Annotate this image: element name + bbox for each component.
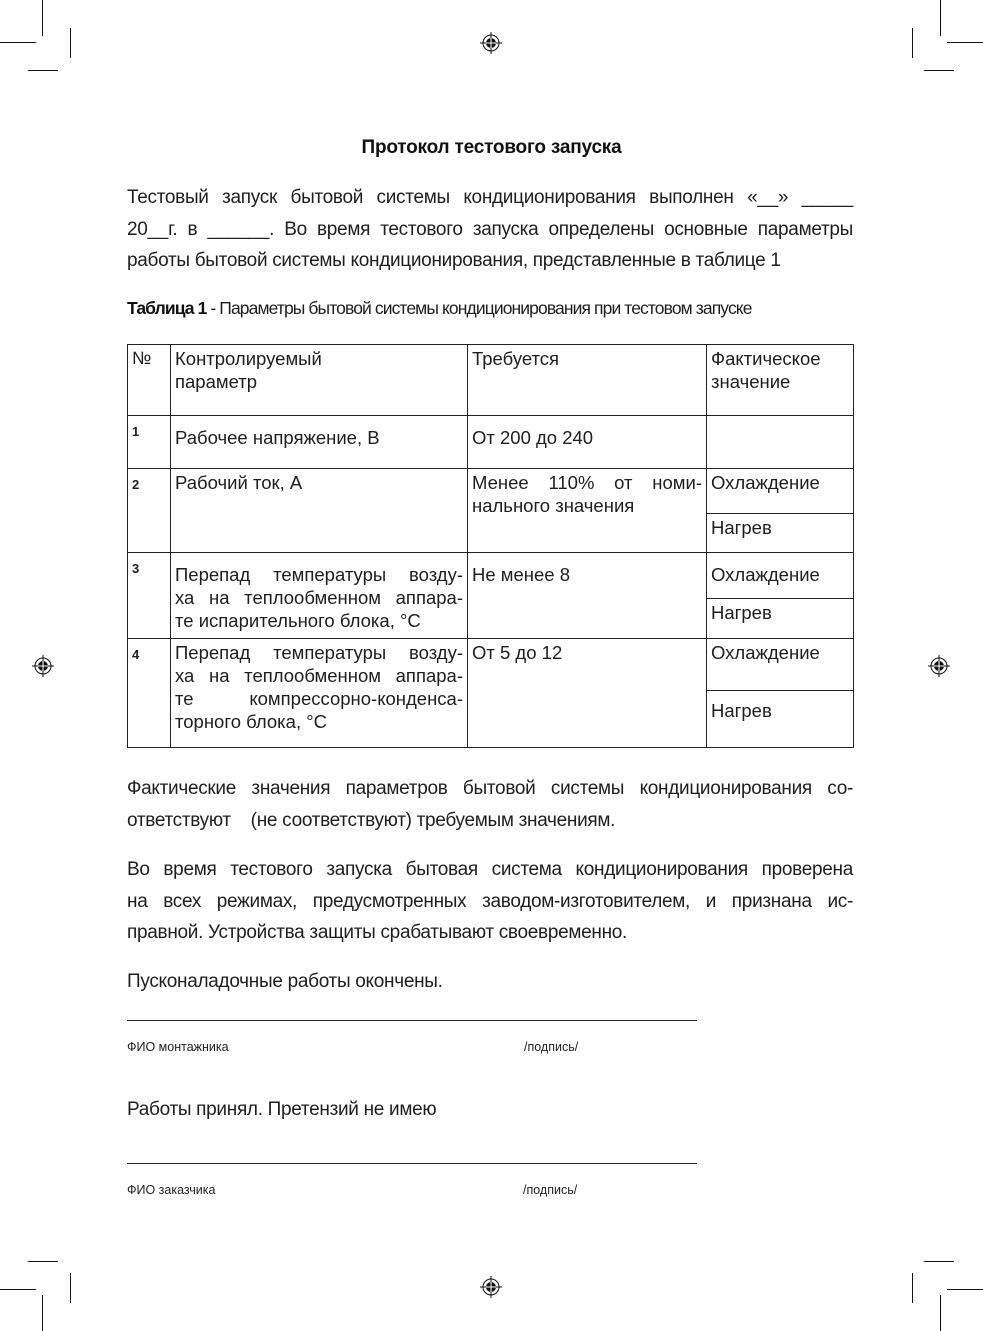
intro-line: 20__г. в ______. Во время тестового запу… — [127, 214, 853, 246]
registration-mark-icon — [480, 1276, 502, 1298]
check-line: Во время тестового запуска бытовая систе… — [127, 854, 853, 886]
row-param: Рабочее напряжение, В — [171, 416, 468, 469]
crop-mark — [0, 42, 36, 43]
page-title: Протокол тестового запуска — [0, 137, 983, 159]
check-line: на всех режимах, предусмотренных заводом… — [127, 886, 853, 918]
header-actual: Фактическое значение — [707, 345, 854, 416]
row-mode-cooling[interactable]: Охлаждение — [707, 469, 854, 514]
row-num: 1 — [128, 416, 171, 469]
row-mode-cooling[interactable]: Охлаждение — [707, 553, 854, 599]
conformity-paragraph: Фактические значения параметров бытовой … — [127, 773, 853, 836]
intro-line: Тестовый запуск бытовой системы кондицио… — [127, 182, 853, 214]
table-caption: Таблица 1 - Параметры бытовой системы ко… — [127, 298, 857, 319]
check-paragraph: Во время тестового запуска бытовая систе… — [127, 854, 853, 949]
check-line: правной. Устройства защиты срабатывают с… — [127, 917, 853, 949]
row-mode-cooling[interactable]: Охлаждение — [707, 639, 854, 691]
row-mode-heating[interactable]: Нагрев — [707, 599, 854, 639]
table-header-row: № Контролируемый параметр Требуется Факт… — [128, 345, 854, 416]
table-row: 2 Рабочий ток, А Менее 110% от номи- нал… — [128, 469, 854, 514]
crop-mark — [924, 1261, 954, 1262]
row-param: Рабочий ток, А — [171, 469, 468, 553]
row-param: Перепад температуры возду- ха на теплооб… — [171, 639, 468, 748]
crop-mark — [70, 1273, 71, 1303]
crop-mark — [947, 42, 983, 43]
row-actual-value[interactable] — [707, 416, 854, 469]
crop-mark — [947, 1289, 983, 1290]
row-mode-heating[interactable]: Нагрев — [707, 691, 854, 748]
customer-name-label: ФИО заказчика — [127, 1183, 215, 1197]
installer-signature-line[interactable] — [127, 1020, 697, 1021]
table-caption-text: - Параметры бытовой системы кондициониро… — [206, 298, 751, 318]
row-required: Не менее 8 — [468, 553, 707, 639]
conformity-line: ответствуют (не соответствуют) требуемым… — [127, 805, 853, 837]
customer-signature-label: /подпись/ — [523, 1183, 577, 1197]
installer-name-label: ФИО монтажника — [127, 1040, 229, 1054]
table-row: 3 Перепад температуры возду- ха на тепло… — [128, 553, 854, 599]
crop-mark — [70, 28, 71, 58]
registration-mark-icon — [480, 32, 502, 54]
registration-mark-icon — [928, 655, 950, 677]
crop-mark — [912, 28, 913, 58]
table-caption-label: Таблица 1 — [127, 298, 206, 318]
row-required: Менее 110% от номи- нального значения — [468, 469, 707, 553]
row-mode-heating[interactable]: Нагрев — [707, 514, 854, 553]
crop-mark — [42, 1295, 43, 1331]
finished-text: Пусконаладочные работы окончены. — [127, 966, 853, 998]
registration-mark-icon — [32, 655, 54, 677]
accepted-text: Работы принял. Претензий не имею — [127, 1094, 853, 1126]
conformity-line: Фактические значения параметров бытовой … — [127, 773, 853, 805]
table-row: 4 Перепад температуры возду- ха на тепло… — [128, 639, 854, 691]
crop-mark — [28, 70, 58, 71]
crop-mark — [940, 0, 941, 36]
installer-signature-label: /подпись/ — [524, 1040, 578, 1054]
header-required: Требуется — [468, 345, 707, 416]
crop-mark — [912, 1273, 913, 1303]
crop-mark — [0, 1289, 36, 1290]
header-num: № — [128, 345, 171, 416]
intro-line: работы бытовой системы кондиционирования… — [127, 245, 853, 277]
crop-mark — [42, 0, 43, 36]
header-param: Контролируемый параметр — [171, 345, 468, 416]
row-required: От 5 до 12 — [468, 639, 707, 748]
row-param: Перепад температуры возду- ха на теплооб… — [171, 553, 468, 639]
row-num: 4 — [128, 639, 171, 748]
crop-mark — [28, 1261, 58, 1262]
customer-signature-line[interactable] — [127, 1163, 697, 1164]
row-num: 2 — [128, 469, 171, 553]
crop-mark — [940, 1295, 941, 1331]
row-required: От 200 до 240 — [468, 416, 707, 469]
table-row: 1 Рабочее напряжение, В От 200 до 240 — [128, 416, 854, 469]
intro-paragraph: Тестовый запуск бытовой системы кондицио… — [127, 182, 853, 277]
parameters-table: № Контролируемый параметр Требуется Факт… — [127, 344, 854, 748]
crop-mark — [924, 70, 954, 71]
row-num: 3 — [128, 553, 171, 639]
